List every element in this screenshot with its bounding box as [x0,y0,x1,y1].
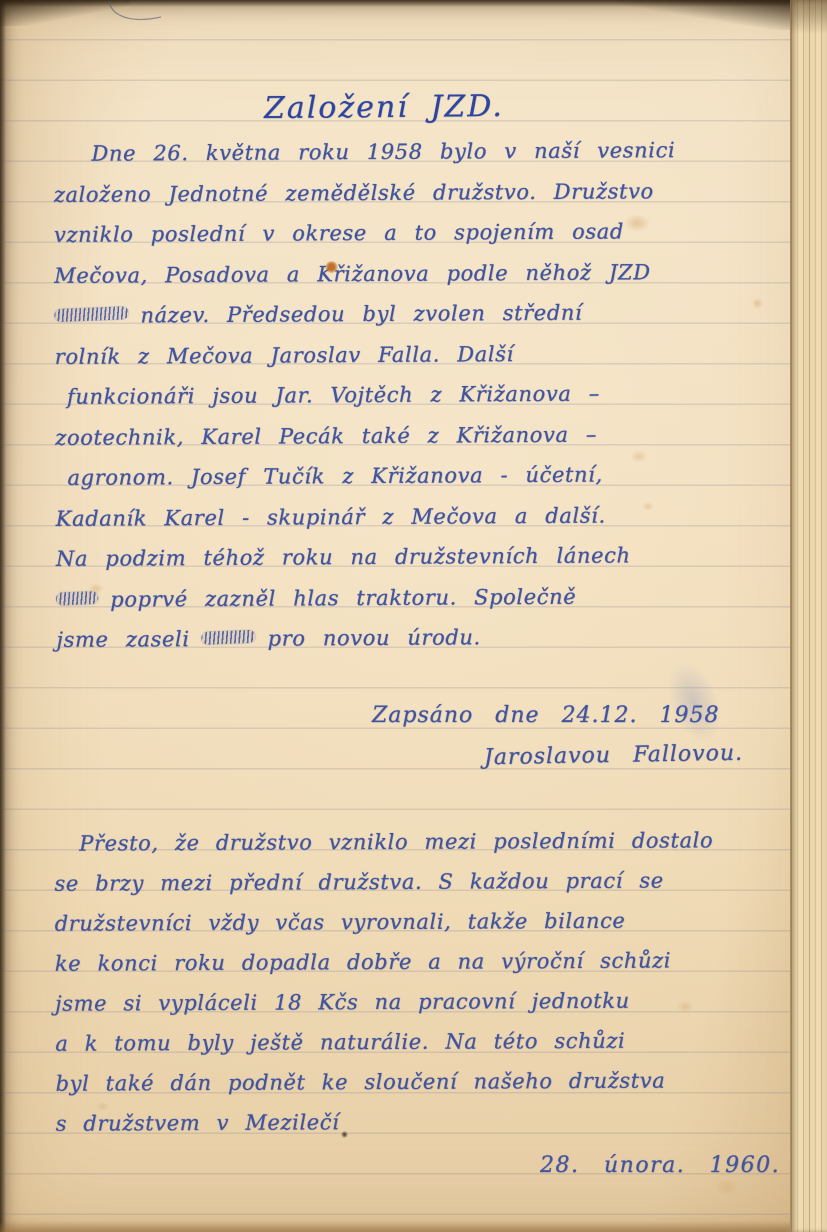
crossed-out-word [56,590,98,605]
handwriting-line: Přesto, že družstvo vzniklo mezi posledn… [54,820,713,863]
handwriting-text: jsme zaseli [56,627,189,652]
handwriting-line: agronom. Josef Tučík z Křižanova - účetn… [55,454,677,498]
handwriting-line: družstevníci vždy včas vyrovnali, takže … [55,900,714,943]
handwriting-line: Mečova, Posadova a Křižanova podle něhož… [54,252,676,296]
handwriting-line: jsme zaselipro novou úrodu. [56,616,678,660]
entry-1960-date: 28. února. 1960. [540,1146,780,1186]
handwriting-line: vzniklo poslední v okrese a to spojením … [54,211,676,255]
signature-name-line: Jaroslavou Fallovou. [484,734,744,779]
handwriting-line: jsme si vypláceli 18 Kčs na pracovní jed… [55,980,714,1023]
entry-1958-signature: Zapsáno dne 24.12. 1958 Jaroslavou Fallo… [372,696,743,776]
handwriting-line: Dne 26. května roku 1958 bylo v naší ves… [53,130,675,174]
handwriting-text: poprvé zazněl hlas traktoru. Společně [110,584,576,611]
handwriting-line: funkcionáři jsou Jar. Vojtěch z Křižanov… [55,373,677,417]
handwriting-text: pro novou úrodu. [268,625,481,650]
entry-1958: Dne 26. května roku 1958 bylo v naší ves… [53,130,678,660]
handwriting-line: byl také dán podnět ke sloučení našeho d… [55,1060,714,1103]
handwriting-line: založeno Jednotné zemědělské družstvo. D… [54,171,676,215]
handwriting-line: a k tomu byly ještě naturálie. Na této s… [55,1020,714,1063]
entry-1960: Přesto, že družstvo vzniklo mezi posledn… [54,820,715,1143]
handwriting-line: se brzy mezi přední družstva. S každou p… [54,860,713,903]
page-title: Založení JZD. [264,89,504,126]
handwriting-text: název. Předsedou byl zvolen střední [140,301,582,328]
page-bottom-edge [0,1221,827,1232]
crossed-out-word [201,630,255,645]
handwriting-line: zootechnik, Karel Pecák také z Křižanova… [55,414,677,458]
handwriting-line: rolník z Mečova Jaroslav Falla. Další [55,333,677,377]
handwriting-line: ke konci roku dopadla dobře a na výroční… [55,940,714,983]
notebook-page: Založení JZD. Dne 26. května roku 1958 b… [0,0,827,1232]
handwriting-line: název. Předsedou byl zvolen střední [54,292,676,336]
handwriting-line: s družstvem v Mezilečí [56,1100,715,1143]
page-left-edge [0,0,6,1232]
handwriting-line: Na podzim téhož roku na družstevních lán… [56,535,678,579]
handwriting-line: Kadaník Karel - skupinář z Mečova a dalš… [56,495,678,539]
crossed-out-word [54,306,128,322]
page-fore-edge [790,0,827,1232]
signature-date-line: Zapsáno dne 24.12. 1958 [372,696,743,736]
handwriting-line: poprvé zazněl hlas traktoru. Společně [56,576,678,620]
